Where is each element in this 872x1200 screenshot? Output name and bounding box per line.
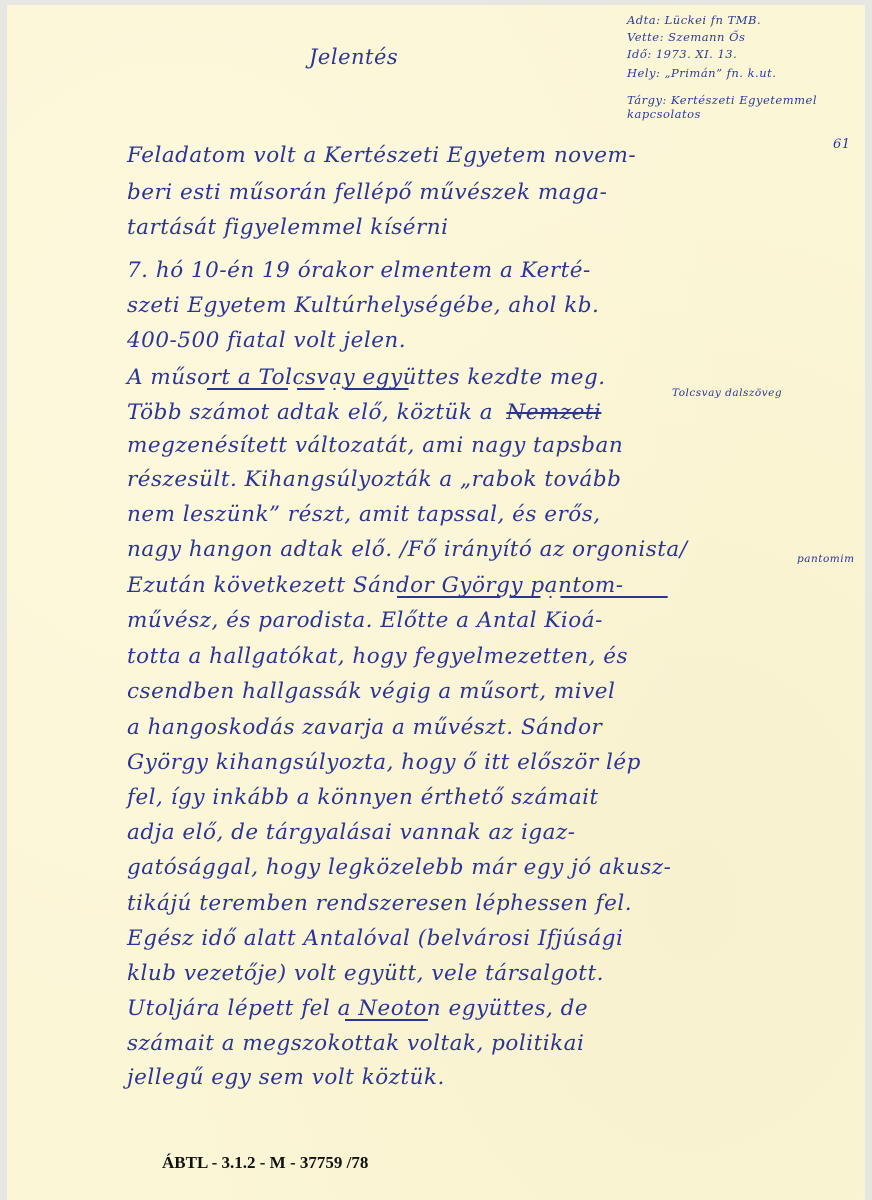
document-title: Jelentés bbox=[309, 45, 398, 69]
underline-sandor: Sándor György pantom- bbox=[397, 573, 668, 598]
body-line-10: részesült. Kihangsúlyozták a „rabok tová… bbox=[127, 467, 621, 492]
body-line-27: jellegű egy sem volt köztük. bbox=[127, 1065, 445, 1090]
body-line-16: csendben hallgassák végig a műsort, mive… bbox=[127, 679, 615, 704]
body-line-21: gatósággal, hogy legközelebb már egy jó … bbox=[127, 855, 671, 880]
meta-targy: Tárgy: Kertészeti Egyetemmel kapcsolatos bbox=[627, 93, 847, 121]
body-line-2: beri esti műsorán fellépő művészek maga- bbox=[127, 180, 607, 205]
body-line-19: fel, így inkább a könnyen érthető számai… bbox=[127, 785, 599, 810]
body-line-26: számait a megszokottak voltak, politikai bbox=[127, 1031, 584, 1056]
line-8-text: Több számot adtak elő, köztük a bbox=[127, 400, 493, 425]
body-line-18: György kihangsúlyozta, hogy ő itt előszö… bbox=[127, 750, 641, 775]
body-line-20: adja elő, de tárgyalásai vannak az igaz- bbox=[127, 820, 576, 845]
body-line-12: nagy hangon adtak elő. /Fő irányító az o… bbox=[127, 537, 688, 562]
body-line-22: tikájú teremben rendszeresen léphessen f… bbox=[127, 891, 632, 916]
body-line-17: a hangoskodás zavarja a művészt. Sándor bbox=[127, 715, 602, 740]
struck-word: Nemzeti bbox=[506, 400, 601, 425]
body-line-6: 400-500 fiatal volt jelen. bbox=[127, 328, 406, 353]
body-line-4: 7. hó 10-én 19 órakor elmentem a Kerté- bbox=[127, 258, 591, 283]
body-line-3: tartását figyelemmel kísérni bbox=[127, 215, 448, 240]
body-line-14: művész, és parodista. Előtte a Antal Kio… bbox=[127, 608, 603, 633]
underline-neoton: Neoton bbox=[345, 996, 428, 1021]
margin-note-pantomim: pantomim bbox=[797, 553, 855, 565]
body-line-15: totta a hallgatókat, hogy fegyelmezetten… bbox=[127, 644, 628, 669]
body-line-24: klub vezetője) volt együtt, vele társalg… bbox=[127, 961, 604, 986]
body-line-1: Feladatom volt a Kertészeti Egyetem nove… bbox=[127, 143, 636, 168]
insertion-above-line: Tolcsvay dalszöveg bbox=[672, 387, 782, 399]
body-line-9: megzenésített változatát, ami nagy tapsb… bbox=[127, 433, 623, 458]
meta-hely: Hely: „Primán” fn. k.ut. bbox=[627, 66, 776, 80]
underline-tolcsvay: Tolcsvay együttes bbox=[207, 365, 409, 390]
body-line-5: szeti Egyetem Kultúrhelységébe, ahol kb. bbox=[127, 293, 599, 318]
document-page: Jelentés Adta: Lückei fn TMB. Vette: Sze… bbox=[7, 5, 865, 1200]
body-line-11: nem leszünk” részt, amit tapssal, és erő… bbox=[127, 502, 601, 527]
handwritten-page-number: 61 bbox=[833, 137, 851, 152]
archive-reference: ÁBTL - 3.1.2 - M - 37759 /78 bbox=[162, 1153, 368, 1173]
meta-adta: Adta: Lückei fn TMB. bbox=[627, 13, 761, 27]
meta-vette: Vette: Szemann Ős bbox=[627, 30, 745, 44]
body-line-8: Több számot adtak elő, köztük a Nemzeti bbox=[127, 400, 601, 425]
meta-ido: Idő: 1973. XI. 13. bbox=[627, 47, 737, 61]
body-line-23: Egész idő alatt Antalóval (belvárosi Ifj… bbox=[127, 926, 623, 951]
